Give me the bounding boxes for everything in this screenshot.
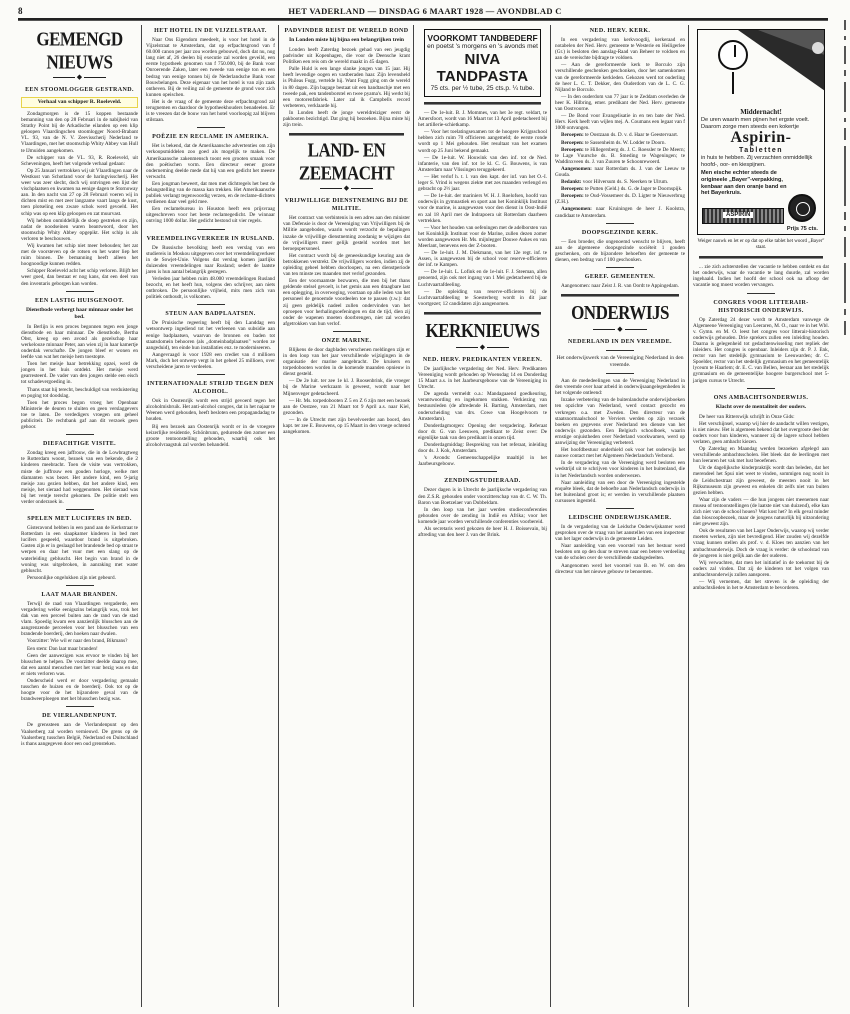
paragraph: Het verschijnsel, waarop wij hier de aan… <box>693 421 829 445</box>
article-headline: EEN LASTIG HUISGENOOT. <box>21 297 138 305</box>
paragraph: In Berlijn is een proces begonnen tegen … <box>21 324 138 361</box>
article-headline: VRIJWILLIGE DIENSTNEMING BIJ DE MILITIE. <box>283 197 410 213</box>
paragraph: Toen het meisje haar betrekking opzei, w… <box>21 361 138 385</box>
ad-text: in huis te hebben. Zij verzachten onmidd… <box>701 155 821 168</box>
paragraph: — Hr. Ms. torpedobooten Z 5 en Z 6 zijn … <box>283 398 410 416</box>
article-headline: GEREF. GEMEENTEN. <box>555 273 685 281</box>
article-lastig-huisgenoot: EEN LASTIG HUISGENOOT. Dienstbode verber… <box>21 297 138 431</box>
beroepen-item: Beroepen: te Oostzaan ds. D. v. d. Haar … <box>555 132 685 138</box>
section-title-kerknieuws: KERKNIEUWS <box>418 319 547 342</box>
column-4: VOORKOMT TANDBEDERF en poetst 's morgens… <box>415 25 550 1010</box>
article-headline: ONZE MARINE. <box>283 337 410 345</box>
section-title-gemengd-nieuws: GEMENGD NIEUWS <box>21 28 138 74</box>
section-title-onderwijs: ONDERWIJS <box>555 302 685 325</box>
column-divider <box>413 25 414 1007</box>
article-predikanten-vereen: NED. HERV. PREDIKANTEN VEREEN. De jaarli… <box>418 356 547 468</box>
article-subhead: Dienstbode verbergt haar minnaar onder h… <box>21 307 138 321</box>
short-divider <box>66 434 94 435</box>
niva-tandpasta-advertisement: VOORKOMT TANDBEDERF en poetst 's morgens… <box>424 29 541 97</box>
highlighted-subhead: Verhaal van schipper R. Roeleveld. <box>21 97 138 108</box>
news-item: — De opleiding van reserve-officieren bi… <box>418 289 547 307</box>
paragraph: Blijkens de door dagbladen verschenen me… <box>283 347 410 377</box>
paragraph: Zondag kreeg een jaffrouw, die in de Low… <box>21 450 138 505</box>
paragraph: De grenssteen aan de Vierlandenpunt op d… <box>21 722 138 746</box>
paragraph: Donderdagmiddag: Bespreking van het refe… <box>418 442 547 454</box>
article-laat-maar-branden: LAAT MAAR BRANDEN. Terwijl de raad van V… <box>21 591 138 703</box>
paragraph: Aangenomen: naar Zeist J. R. van Oordt t… <box>555 283 685 289</box>
beroepen-list: Beroepen: te Oostzaan ds. D. v. d. Haar … <box>555 132 685 218</box>
paragraph: Het is bekend, dat de Amerikaansche adve… <box>146 143 275 180</box>
ornament-divider: ◆ <box>555 325 685 333</box>
ad-line: VOORKOMT TANDBEDERF <box>427 33 538 43</box>
article-headline: LAAT MAAR BRANDEN. <box>21 591 138 599</box>
article-padvinder: PADVINDER REIST DE WERELD ROND In Londen… <box>283 27 410 128</box>
paragraph: Op Zaterdag en Maandag werden bezoeken a… <box>693 446 829 464</box>
article-headline: STEUN AAN BADPLAATSEN. <box>146 310 275 318</box>
paragraph: Ook de resultaten van het Lager Onderwij… <box>693 528 829 558</box>
paragraph: Dezer dagen is in Utrecht de jaarlijksch… <box>418 487 547 505</box>
paragraph: Als secretaris werd gekozen de heer H. J… <box>418 526 547 538</box>
article-leidsche-onderwijskamer: LEIDSCHE ONDERWIJSKAMER. In de vergaderi… <box>555 514 685 575</box>
ad-line: en poetst 's morgens en 's avonds met <box>427 43 538 51</box>
short-divider <box>747 293 775 294</box>
paragraph: De jaarlijksche vergadering der Ned. Her… <box>418 366 547 390</box>
ad-brand: Aspirin- <box>701 130 821 146</box>
news-item: — De 1e-luit. B. J. Mommes, van het 3e r… <box>418 110 547 128</box>
article-headline: NEDERLAND IN DEN VREEMDE. <box>555 338 685 346</box>
article-diefachtige-visite: DIEFACHTIGE VISITE. Zondag kreeg een jaf… <box>21 440 138 505</box>
beroepen-item: Bedankt: voor Hilversum ds. S. Neerken t… <box>555 179 685 185</box>
article-vierlandenpunt: DE VIERLANDENPUNT. De grenssteen aan de … <box>21 712 138 746</box>
article-alcohol: INTERNATIONALE STRIJD TEGEN DEN ALCOHOL.… <box>146 380 275 448</box>
short-divider <box>66 706 94 707</box>
military-news-items: — De 1e-luit. B. J. Mommes, van het 3e r… <box>418 110 547 307</box>
paragraph: — Aan de gereformeerde kerk te Borculo z… <box>555 62 685 92</box>
paragraph: Een stem: Dan laat maar branden! <box>21 646 138 652</box>
news-item: — Voor het houden van oefeningen met de … <box>418 225 547 249</box>
paragraph: — De Bond voor Evangelisatie in en ten b… <box>555 113 685 131</box>
article-subhead: Klacht over de mentaliteit der ouders. <box>693 404 829 411</box>
paragraph: Naar Ons Eigendom meedeelt, is voor het … <box>146 37 275 98</box>
ad-text: Men eische echter steeds de origineele „… <box>701 170 791 196</box>
column-5: NED. HERV. KERK. In een vergadering van … <box>552 25 688 1010</box>
newspaper-title: HET VADERLAND — DINSDAG 6 MAART 1928 — A… <box>0 6 850 16</box>
paragraph: Het is de vraag of de gemeente deze erfp… <box>146 99 275 123</box>
paragraph: Inzake verbetering van de buitenlandsche… <box>555 397 685 446</box>
article-hotel-vijzelstraat: HET HOTEL IN DE VIJZELSTRAAT. Naar Ons E… <box>146 27 275 123</box>
paragraph: De Pruisische regeering heeft bij den La… <box>146 320 275 350</box>
paragraph: Het contract van verbintenis in een adre… <box>283 215 410 252</box>
ad-headline: Middernacht! <box>701 108 821 117</box>
paragraph: Een der voornaamste bezwaren, die men bi… <box>283 278 410 327</box>
paragraph: Waar zijn de vaders — die hun jongens ni… <box>693 497 829 527</box>
article-headline: DE VIERLANDENPUNT. <box>21 712 138 720</box>
section-divider <box>289 133 404 136</box>
paragraph: De agenda vermeldt o.a.: Mandagaaend goe… <box>418 391 547 421</box>
aspirin-advertisement: Middernacht! De uren waarin men pijnen h… <box>697 29 825 235</box>
paragraph: In Londen heeft de jonge wereldreiziger … <box>283 110 410 128</box>
paragraph: Wij kwamen het schip niet meer behouden;… <box>21 243 138 267</box>
news-item: — De 1e-luit. W. Houwink van den inf. to… <box>418 155 547 173</box>
paragraph: Onderscheid werd er door vergadering gem… <box>21 678 138 702</box>
paragraph: — Wij vernemen, dat het streven is de op… <box>693 579 829 591</box>
article-vrijwillige-dienstneming: VRIJWILLIGE DIENSTNEMING BIJ DE MILITIE.… <box>283 197 410 327</box>
article-stoomlogger: EEN STOOMLOGGER GESTRAND. Verhaal van sc… <box>21 86 138 287</box>
article-spelen-met-lucifers: SPELEN MET LUCIFERS IN BED. Gisteravond … <box>21 515 138 581</box>
ad-price: Prijs 75 cts. <box>787 226 818 232</box>
page-edge-marks <box>842 20 848 1000</box>
ad-subbrand: Tabletten <box>701 146 821 155</box>
article-steun-badplaatsen: STEUN AAN BADPLAATSEN. De Pruisische reg… <box>146 310 275 370</box>
ad-brand: NIVA TANDPASTA <box>427 51 538 85</box>
paragraph: Naar aanleiding van een voorstel van het… <box>555 543 685 561</box>
paragraph: Aangenomen werd het voorstel van B. en W… <box>555 563 685 575</box>
paragraph: — In de Utrecht met zijn bevelvoerder aa… <box>283 417 410 435</box>
article-headline: ONS AMBACHTSONDERWIJS. <box>693 394 829 402</box>
short-divider <box>747 388 775 389</box>
column-3: PADVINDER REIST DE WERELD ROND In Londen… <box>280 25 413 1010</box>
paragraph: Thans staat hij terecht, beschuldigd van… <box>21 387 138 399</box>
column-2: HET HOTEL IN DE VIJZELSTRAAT. Naar Ons E… <box>143 25 278 1010</box>
article-headline: EEN STOOMLOGGER GESTRAND. <box>21 86 138 94</box>
paragraph: Bij een bezoek aan Oostenrijk wordt er i… <box>146 424 275 448</box>
article-headline: VREEMDELINGVERKEER IN RUSLAND. <box>146 235 275 243</box>
article-onze-marine: ONZE MARINE. Blijkens de door dagbladen … <box>283 337 410 435</box>
article-subhead: Het onderwijswerk van de Vereeniging Ned… <box>555 355 685 369</box>
masthead-rule <box>18 18 828 21</box>
ornament-divider: ◆ <box>283 184 410 192</box>
article-ambachtsonderwijs: ONS AMBACHTSONDERWIJS. Klacht over de me… <box>693 394 829 592</box>
article-headline: NED. HERV. PREDIKANTEN VEREEN. <box>418 356 547 364</box>
paragraph: Het contract wordt bij de geneeskundige … <box>283 253 410 277</box>
paragraph: Londen heeft Zaterdag bezoek gehad van e… <box>283 47 410 65</box>
article-headline: HET HOTEL IN DE VIJZELSTRAAT. <box>146 27 275 35</box>
article-headline: DIEFACHTIGE VISITE. <box>21 440 138 448</box>
short-divider <box>197 229 225 230</box>
article-headline: LEIDSCHE ONDERWIJSKAMER. <box>555 514 685 522</box>
news-item: — Het verlof h. t. l. van den kapt. der … <box>418 174 547 192</box>
paragraph: Ook in Oostenrijk wordt een strijd gevoe… <box>146 398 275 422</box>
paragraph: Een jongman beweert, dat men met dichtre… <box>146 181 275 205</box>
short-divider <box>606 223 634 224</box>
short-divider <box>66 585 94 586</box>
ad-price: 75 cts. per ½ tube, 25 cts.p. ¼ tube. <box>427 85 538 93</box>
column-6: Middernacht! De uren waarin men pijnen h… <box>690 25 832 1010</box>
paragraph: Het hoofdbestuur onderhield ook voor het… <box>555 447 685 459</box>
column-divider <box>141 25 142 1007</box>
paragraph: Aangevraagd is voor 1928 een crediet van… <box>146 352 275 370</box>
news-item: — Voor het toelatingsexamen tot de hooge… <box>418 129 547 153</box>
ad-footer: Weiger nauwk en let er op dat op elke ta… <box>693 239 829 251</box>
beroepen-item: Beroepen: te Oud-Vossemeer ds. D. Ligter… <box>555 193 685 205</box>
aspirin-package-icon: ASPIRIN <box>702 208 784 224</box>
news-item: — De 1e-luit. der mariniers W. H. J. Roe… <box>418 193 547 223</box>
ornament-divider: ◆ <box>418 343 547 351</box>
column-divider <box>688 25 689 1007</box>
section-divider <box>561 294 679 297</box>
paragraph: Aan de mededeelingen van de Vereeniging … <box>555 378 685 396</box>
paragraph: — Een broeder, die ongenoemd wenscht te … <box>555 239 685 263</box>
ornament-divider: ◆ <box>21 73 138 81</box>
paragraph: In een vergadering van kerkvoogdij, kerk… <box>555 37 685 61</box>
paragraph: De heer van Ritterswijk schrijft in Onze… <box>693 414 829 420</box>
section-divider <box>424 312 541 315</box>
short-divider <box>606 350 634 351</box>
night-sky-illustration <box>698 30 825 100</box>
article-headline: DOOPSGEZINDE KERK. <box>555 229 685 237</box>
paragraph: Wij hebben onmiddellijk de sloep gestrek… <box>21 218 138 242</box>
news-item: — De 1e-luit. J. M. Diekmann, van het 12… <box>418 250 547 268</box>
article-poezie-reclame: POËZIE EN RECLAME IN AMERIKA. Het is bek… <box>146 133 275 224</box>
paragraph: 's Avonds: Gemeenschappelijke maaltijd i… <box>418 455 547 467</box>
paragraph: — In den ouderdom van 77 jaar is te Zedd… <box>555 94 685 112</box>
clock-icon <box>718 40 748 70</box>
section-title-land-en-zeemacht: LAND- EN ZEEMACHT <box>283 139 410 185</box>
short-divider <box>469 471 497 472</box>
beroepen-item: Beroepen: te Sassenheim ds. W. Lodder te… <box>555 140 685 146</box>
news-item: — De 1e-luit. L. Lofink en de 1e-luit. F… <box>418 269 547 287</box>
section-divider <box>699 256 823 259</box>
paragraph: Voorzitter: Wie wil er naar den brand, B… <box>21 638 138 644</box>
paragraph: Schipper Roeleveld acht het schip verlor… <box>21 268 138 286</box>
paragraph: Zondagmorgen is de 15 koppen bestaande b… <box>21 111 138 154</box>
paragraph: Op 25 Januari vertrokken wij uit Vlaardi… <box>21 168 138 217</box>
paragraph: Gisteravond hebben in een pand aan de Ke… <box>21 525 138 574</box>
article-headline: SPELEN MET LUCIFERS IN BED. <box>21 515 138 523</box>
paragraph: — De 2e luit. ter zee 1e kl. J. Roosenbr… <box>283 378 410 396</box>
article-vreemdelingverkeer: VREEMDELINGVERKEER IN RUSLAND. De Russis… <box>146 235 275 301</box>
section-divider <box>424 102 541 105</box>
article-congres: CONGRES VOOR LITTERAIR-HISTORISCH ONDERW… <box>693 299 829 384</box>
paragraph: In de vergadering van de Leidsche Onderw… <box>555 524 685 542</box>
short-divider <box>197 127 225 128</box>
paragraph: ... zie zich achterstellen der vacantie … <box>693 264 829 288</box>
paragraph: Palle Huld is een lange slanke jongen va… <box>283 66 410 109</box>
paragraph: Wij verwachten, dat men het initiatief i… <box>693 560 829 578</box>
paragraph: Uit de dagelijksche kinderpraktijk wordt… <box>693 465 829 495</box>
article-nederland-in-den-vreemde: NEDERLAND IN DEN VREEMDE. Het onderwijsw… <box>555 338 685 504</box>
paragraph: Toen het proces begon vroeg het Openbaar… <box>21 400 138 430</box>
paragraph: Een reclamebureau in Houston heeft een p… <box>146 206 275 224</box>
beroepen-item: Beroepen: te Hillegersberg ds. J. C. Roe… <box>555 147 685 165</box>
column-divider <box>278 25 279 1007</box>
article-headline: PADVINDER REIST DE WERELD ROND <box>283 27 410 35</box>
short-divider <box>333 331 361 332</box>
beroepen-item: Beroepen: te Putten (Geld.) ds. G. de Ja… <box>555 186 685 192</box>
paragraph: Verleden jaar hebben ruim 48.000 vreemde… <box>146 276 275 300</box>
short-divider <box>197 374 225 375</box>
article-headline: INTERNATIONALE STRIJD TEGEN DEN ALCOHOL. <box>146 380 275 396</box>
article-subhead: In Londen miste hij bijna een belangrijk… <box>283 37 410 44</box>
article-zendingstudieraad: ZENDINGSTUDIERAAD. Dezer dagen is in Utr… <box>418 477 547 538</box>
short-divider <box>66 509 94 510</box>
paragraph: Persoonlijke ongelukken zijn niet gebeur… <box>21 575 138 581</box>
article-headline: ZENDINGSTUDIERAAD. <box>418 477 547 485</box>
paragraph: Geen der aanwezigen was ervoor te vinden… <box>21 653 138 677</box>
column-1: GEMENGD NIEUWS ◆ EEN STOOMLOGGER GESTRAN… <box>18 25 141 1010</box>
article-headline: CONGRES VOOR LITTERAIR-HISTORISCH ONDERW… <box>693 299 829 315</box>
article-headline: NED. HERV. KERK. <box>555 27 685 35</box>
paragraph: Terwijl de raad van Vlaardingen vergader… <box>21 601 138 638</box>
column-divider <box>550 25 551 1007</box>
beroepen-item: Aangenomen: naar Kruiningen de heer J. K… <box>555 206 685 218</box>
paragraph: Op Zaterdag 24 dezer wordt te Amsterdam … <box>693 317 829 384</box>
beroepen-item: Aangenomen: naar Rotterdam ds. J. van de… <box>555 166 685 178</box>
paragraph: De Russische bevolking heeft een verslag… <box>146 245 275 275</box>
short-divider <box>197 304 225 305</box>
short-divider <box>606 373 634 374</box>
short-divider <box>606 267 634 268</box>
paragraph: Donderdagmorgen: Opening der vergadering… <box>418 423 547 441</box>
pendulum-icon <box>732 72 734 94</box>
short-divider <box>606 508 634 509</box>
short-divider <box>66 291 94 292</box>
paragraph: In de vergadering van de Vereeniging wer… <box>555 460 685 478</box>
paragraph: In den loop van het jaar werden studieco… <box>418 507 547 525</box>
bayer-cross-logo-icon <box>788 194 816 222</box>
paragraph: De schipper van de VL. 93, R. Roeleveld,… <box>21 155 138 167</box>
article-headline: POËZIE EN RECLAME IN AMERIKA. <box>146 133 275 141</box>
paragraph: Naar aanleiding van een door de Vereenig… <box>555 480 685 504</box>
